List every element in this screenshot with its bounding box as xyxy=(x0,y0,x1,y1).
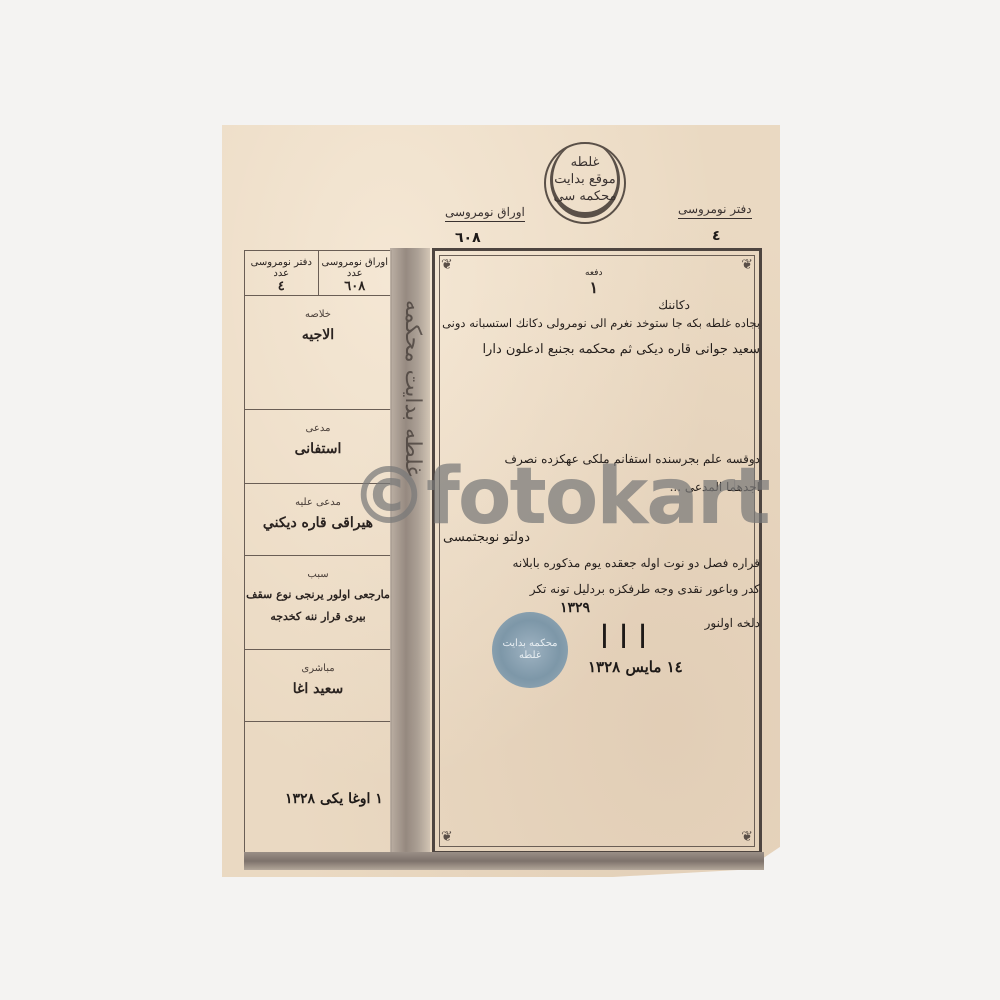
cause-section: سبب مارجعى اولور يرنجى نوع سقف بيرى قرار… xyxy=(245,555,391,650)
section-label: مباشرى xyxy=(245,663,391,674)
header-pages-number: ٦٠٨ xyxy=(455,230,481,246)
court-crescent-seal: غلطه موقع بدايت محكمه سى xyxy=(544,142,626,224)
section-label: خلاصه xyxy=(245,309,391,320)
body-line: دكاننك xyxy=(658,298,690,312)
cell-label: دفتر نومروسى عدد xyxy=(245,257,318,279)
signature-mark: ا ا ا xyxy=(600,618,647,656)
header-book-number: ٤ xyxy=(712,228,721,244)
main-text-frame: ❦ ❦ ❦ ❦ xyxy=(432,248,762,854)
watermark: ©fotokart xyxy=(350,452,769,542)
summary-section: خلاصه الاجيه xyxy=(245,295,391,410)
officer-section: مباشرى سعيد اغا xyxy=(245,649,391,722)
section-label: سبب xyxy=(245,569,391,580)
official-court-seal: محكمه بدايت غلطه xyxy=(492,612,568,688)
footer-date-note: ١ اوغا يكى ١٣٢٨ xyxy=(285,791,383,807)
header-pages-label: اوراق نومروسى xyxy=(445,205,525,222)
corner-ornament-icon: ❦ xyxy=(441,257,453,273)
header-book-label: دفتر نومروسى xyxy=(678,202,752,219)
body-line: قراره فصل دو نوت اوله جعقده يوم مذكوره ب… xyxy=(512,556,760,570)
body-line: كدر وباعور نقدى وجه طرفكزه بردليل تونه ت… xyxy=(530,582,760,596)
bottom-stamp-band xyxy=(244,852,764,870)
signature-date: ١٤ مايس ١٣٢٨ xyxy=(588,658,683,676)
stamp-band-script: غلطه بدايت محكمه xyxy=(395,300,425,820)
book-number-cell: دفتر نومروسى عدد ٤ xyxy=(245,251,318,295)
section-value: سعيد اغا xyxy=(245,678,391,700)
entry-value: ١ xyxy=(585,278,602,297)
corner-ornament-icon: ❦ xyxy=(741,257,753,273)
signature-year: ١٣٢٩ xyxy=(560,600,590,616)
section-label: مدعى xyxy=(245,423,391,434)
cell-value: ٦٠٨ xyxy=(319,279,392,294)
cell-value: ٤ xyxy=(245,279,318,294)
corner-ornament-icon: ❦ xyxy=(441,829,453,845)
seal-line: موقع بدايت xyxy=(546,171,624,188)
body-line: دلخه اولنور xyxy=(705,616,760,630)
body-line: بجاده غلطه بكه جا ستوخد نغرم الى نومرولى… xyxy=(442,316,760,330)
entry-label: دفعه xyxy=(585,268,602,278)
pages-number-cell: اوراق نومروسى عدد ٦٠٨ xyxy=(318,251,392,295)
summary-table: دفتر نومروسى عدد ٤ اوراق نومروسى عدد ٦٠٨… xyxy=(244,250,392,868)
seal-line: غلطه xyxy=(546,154,624,171)
body-line: سعيد جوانى قاره ديكى ثم محكمه بجنبع ادعل… xyxy=(482,342,760,357)
seal-inscription: محكمه بدايت غلطه xyxy=(492,612,568,688)
entry-number: دفعه ١ xyxy=(585,268,602,297)
seal-line: محكمه سى xyxy=(546,188,624,205)
section-value: مارجعى اولور يرنجى نوع سقف بيرى قرار ننه… xyxy=(245,584,391,628)
section-value: الاجيه xyxy=(245,324,391,346)
cell-label: اوراق نومروسى عدد xyxy=(319,257,392,279)
corner-ornament-icon: ❦ xyxy=(741,829,753,845)
